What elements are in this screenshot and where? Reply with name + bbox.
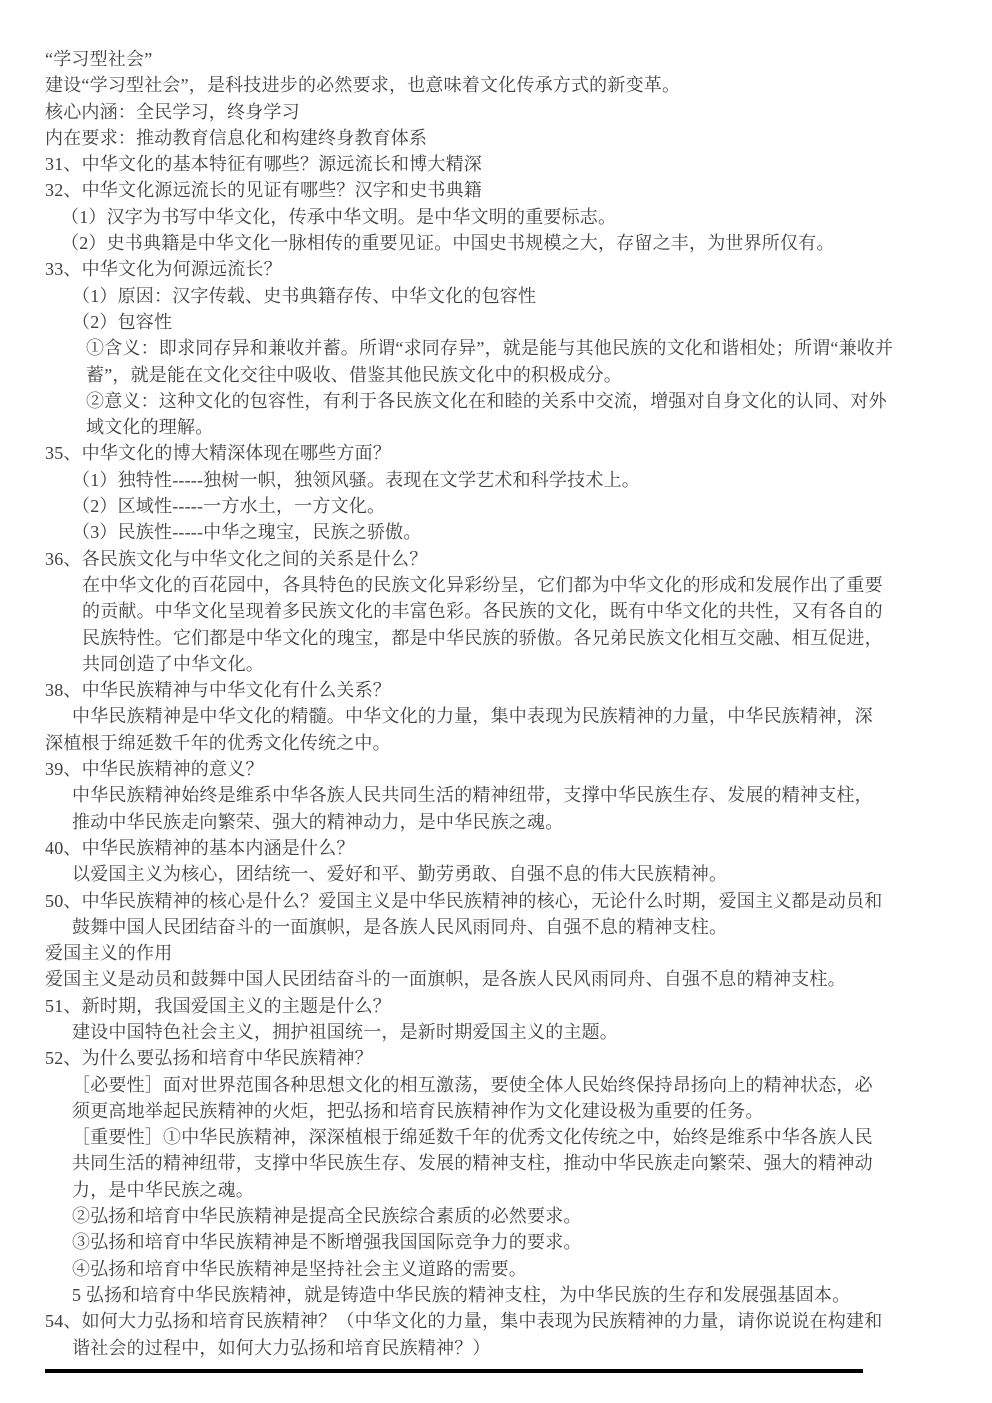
text-line: 36、各民族文化与中华文化之间的关系是什么？: [45, 546, 992, 572]
bottom-divider: [45, 1369, 863, 1373]
text-line: ②弘扬和培育中华民族精神是提高全民族综合素质的必然要求。: [72, 1203, 992, 1229]
text-line: 32、中华文化源远流长的见证有哪些？汉字和史书典籍: [45, 177, 992, 203]
text-line: 52、为什么要弘扬和培育中华民族精神？: [45, 1045, 992, 1071]
text-line: 31、中华文化的基本特征有哪些？源远流长和博大精深: [45, 151, 992, 177]
text-line: 深植根于绵延数千年的优秀文化传统之中。: [45, 730, 992, 756]
text-line: 38、中华民族精神与中华文化有什么关系？: [45, 677, 992, 703]
text-line: 共同生活的精神纽带，支撑中华民族生存、发展的精神支柱，推动中华民族走向繁荣、强大…: [72, 1150, 992, 1176]
text-line: 谐社会的过程中，如何大力弘扬和培育民族精神？）: [72, 1335, 992, 1361]
text-line: 内在要求：推动教育信息化和构建终身教育体系: [45, 125, 992, 151]
text-line: 50、中华民族精神的核心是什么？爱国主义是中华民族精神的核心，无论什么时期，爱国…: [45, 888, 992, 914]
text-line: 民族特性。它们都是中华文化的瑰宝，都是中华民族的骄傲。各兄弟民族文化相互交融、相…: [82, 625, 992, 651]
text-line: 51、新时期，我国爱国主义的主题是什么？: [45, 993, 992, 1019]
text-line: “学习型社会”: [45, 46, 992, 72]
text-line: 在中华文化的百花园中，各具特色的民族文化异彩纷呈，它们都为中华文化的形成和发展作…: [82, 572, 992, 598]
text-line: 中华民族精神始终是维系中华各族人民共同生活的精神纽带，支撑中华民族生存、发展的精…: [72, 782, 992, 808]
text-line: 建设中国特色社会主义，拥护祖国统一，是新时期爱国主义的主题。: [72, 1019, 992, 1045]
text-line: 40、中华民族精神的基本内涵是什么？: [45, 835, 992, 861]
text-line: （2）史书典籍是中华文化一脉相传的重要见证。中国史书规模之大，存留之丰，为世界所…: [61, 230, 992, 256]
text-line: 5 弘扬和培育中华民族精神，就是铸造中华民族的精神支柱，为中华民族的生存和发展强…: [72, 1282, 992, 1308]
text-line: 33、中华文化为何源远流长？: [45, 256, 992, 282]
text-line: ①含义：即求同存异和兼收并蓄。所谓“求同存异”，就是能与其他民族的文化和谐相处；…: [86, 335, 992, 361]
text-line: 鼓舞中国人民团结奋斗的一面旗帜，是各族人民风雨同舟、自强不息的精神支柱。: [72, 914, 992, 940]
text-line: ③弘扬和培育中华民族精神是不断增强我国国际竞争力的要求。: [72, 1229, 992, 1255]
text-line: 爱国主义是动员和鼓舞中国人民团结奋斗的一面旗帜，是各族人民风雨同舟、自强不息的精…: [45, 966, 992, 992]
text-line: ［必要性］面对世界范围各种思想文化的相互激荡，要使全体人民始终保持昂扬向上的精神…: [72, 1072, 992, 1098]
text-line: （1）原因：汉字传载、史书典籍存传、中华文化的包容性: [72, 283, 992, 309]
text-line: 39、中华民族精神的意义？: [45, 756, 992, 782]
text-line: ②意义：这种文化的包容性，有利于各民族文化在和睦的关系中交流，增强对自身文化的认…: [86, 388, 992, 414]
text-line: ［重要性］①中华民族精神，深深植根于绵延数千年的优秀文化传统之中，始终是维系中华…: [72, 1124, 992, 1150]
text-line: （3）民族性-----中华之瑰宝，民族之骄傲。: [72, 519, 992, 545]
text-line: 共同创造了中华文化。: [82, 651, 992, 677]
text-line: 须更高地举起民族精神的火炬，把弘扬和培育民族精神作为文化建设极为重要的任务。: [72, 1098, 992, 1124]
text-line: （1）独特性-----独树一帜，独领风骚。表现在文学艺术和科学技术上。: [72, 467, 992, 493]
document-page: “学习型社会”建设“学习型社会”，是科技进步的必然要求，也意味着文化传承方式的新…: [0, 0, 992, 1403]
text-line: 蓄”，就是能在文化交往中吸收、借鉴其他民族文化中的积极成分。: [86, 362, 992, 388]
text-line: 建设“学习型社会”，是科技进步的必然要求，也意味着文化传承方式的新变革。: [45, 72, 992, 98]
text-line: ④弘扬和培育中华民族精神是坚持社会主义道路的需要。: [72, 1256, 992, 1282]
text-line: 的贡献。中华文化呈现着多民族文化的丰富色彩。各民族的文化，既有中华文化的共性，又…: [82, 598, 992, 624]
text-line: 推动中华民族走向繁荣、强大的精神动力，是中华民族之魂。: [72, 809, 992, 835]
text-line: 54、如何大力弘扬和培育民族精神？（中华文化的力量，集中表现为民族精神的力量，请…: [45, 1308, 992, 1334]
text-line: （1）汉字为书写中华文化，传承中华文明。是中华文明的重要标志。: [61, 204, 992, 230]
text-line: 爱国主义的作用: [45, 940, 992, 966]
text-line: 中华民族精神是中华文化的精髓。中华文化的力量，集中表现为民族精神的力量，中华民族…: [72, 703, 992, 729]
text-line: 35、中华文化的博大精深体现在哪些方面？: [45, 440, 992, 466]
text-line: 力，是中华民族之魂。: [72, 1177, 992, 1203]
text-line: （2）区域性-----一方水土，一方文化。: [72, 493, 992, 519]
text-line: 核心内涵：全民学习，终身学习: [45, 99, 992, 125]
text-line: 以爱国主义为核心，团结统一、爱好和平、勤劳勇敢、自强不息的伟大民族精神。: [72, 861, 992, 887]
text-line: （2）包容性: [72, 309, 992, 335]
text-line: 域文化的理解。: [86, 414, 992, 440]
document-body: “学习型社会”建设“学习型社会”，是科技进步的必然要求，也意味着文化传承方式的新…: [45, 46, 992, 1361]
